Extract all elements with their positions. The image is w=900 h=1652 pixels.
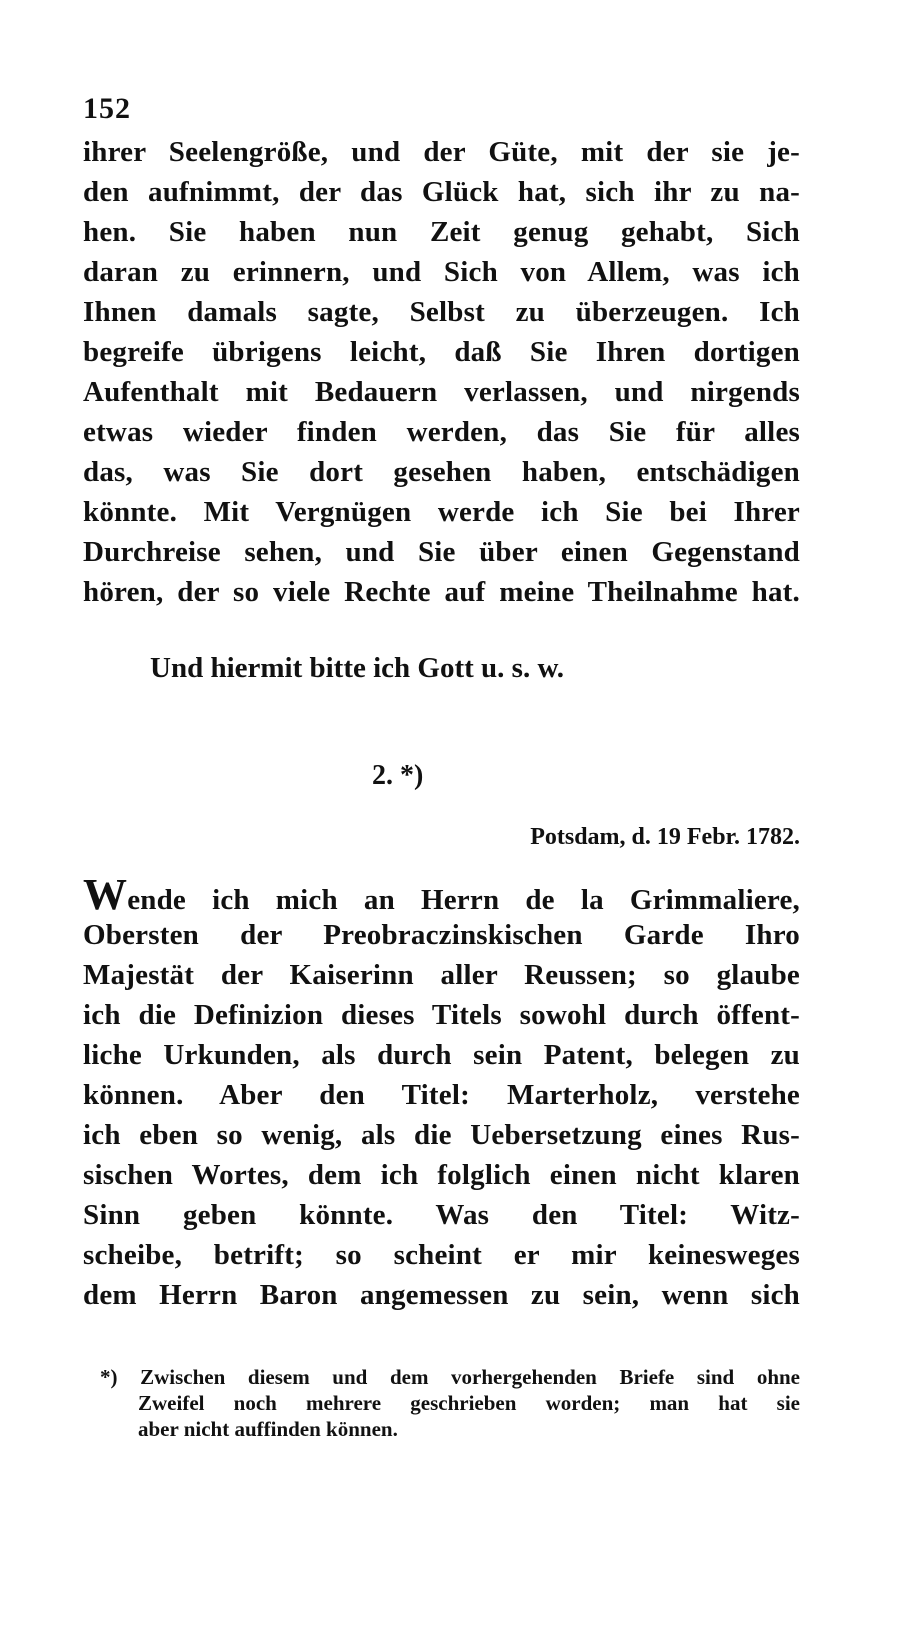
footnote-line: aber nicht auffinden können. — [100, 1416, 800, 1442]
text-line: liche Urkunden, als durch sein Patent, b… — [83, 1035, 800, 1075]
text-line: Majestät der Kaiserinn aller Reussen; so… — [83, 955, 800, 995]
letter-1-closing: Und hiermit bitte ich Gott u. s. w. — [150, 652, 564, 685]
text-line: den aufnimmt, der das Glück hat, sich ih… — [83, 172, 800, 212]
text-line: ihrer Seelengröße, und der Güte, mit der… — [83, 132, 800, 172]
text-line: könnte. Mit Vergnügen werde ich Sie bei … — [83, 492, 800, 532]
text-line: das, was Sie dort gesehen haben, entschä… — [83, 452, 800, 492]
text-line: dem Herrn Baron angemessen zu sein, wenn… — [83, 1275, 800, 1315]
text-line: ich die Definizion dieses Titels sowohl … — [83, 995, 800, 1035]
text-line: daran zu erinnern, und Sich von Allem, w… — [83, 252, 800, 292]
text-line: sischen Wortes, dem ich folglich einen n… — [83, 1155, 800, 1195]
letter-dateline: Potsdam, d. 19 Febr. 1782. — [530, 824, 800, 851]
text-line: Obersten der Preobraczinskischen Garde I… — [83, 915, 800, 955]
letter-number-heading: 2. *) — [372, 760, 423, 792]
letter-1-text: ihrer Seelengröße, und der Güte, mit der… — [83, 132, 800, 612]
text-line: können. Aber den Titel: Marterholz, vers… — [83, 1075, 800, 1115]
text-line-first: Wende ich mich an Herrn de la Grimmalier… — [83, 875, 800, 915]
letter-2-text: Wende ich mich an Herrn de la Grimmalier… — [83, 875, 800, 1315]
text-line: begreife übrigens leicht, daß Sie Ihren … — [83, 332, 800, 372]
page-number: 152 — [83, 92, 131, 126]
footnote-line-first: *) Zwischen diesem und dem vorhergehende… — [100, 1364, 800, 1390]
footnote-marker: *) — [100, 1365, 118, 1389]
footnote: *) Zwischen diesem und dem vorhergehende… — [100, 1364, 800, 1442]
footnote-text: Zwischen diesem und dem vorhergehenden B… — [140, 1365, 800, 1389]
text-line: ich eben so wenig, als die Uebersetzung … — [83, 1115, 800, 1155]
text-line: hen. Sie haben nun Zeit genug gehabt, Si… — [83, 212, 800, 252]
text-line: scheibe, betrift; so scheint er mir kein… — [83, 1235, 800, 1275]
text-line: Sinn geben könnte. Was den Titel: Witz- — [83, 1195, 800, 1235]
text-line: hören, der so viele Rechte auf meine The… — [83, 572, 800, 612]
text-line-rest: ende ich mich an Herrn de la Grimmaliere… — [127, 884, 800, 916]
drop-cap: W — [83, 870, 127, 919]
text-line: etwas wieder finden werden, das Sie für … — [83, 412, 800, 452]
footnote-line: Zweifel noch mehrere geschrieben worden;… — [100, 1390, 800, 1416]
text-line: Durchreise sehen, und Sie über einen Geg… — [83, 532, 800, 572]
book-page: 152 ihrer Seelengröße, und der Güte, mit… — [0, 0, 900, 1652]
text-line: Ihnen damals sagte, Selbst zu überzeugen… — [83, 292, 800, 332]
text-line: Aufenthalt mit Bedauern verlassen, und n… — [83, 372, 800, 412]
